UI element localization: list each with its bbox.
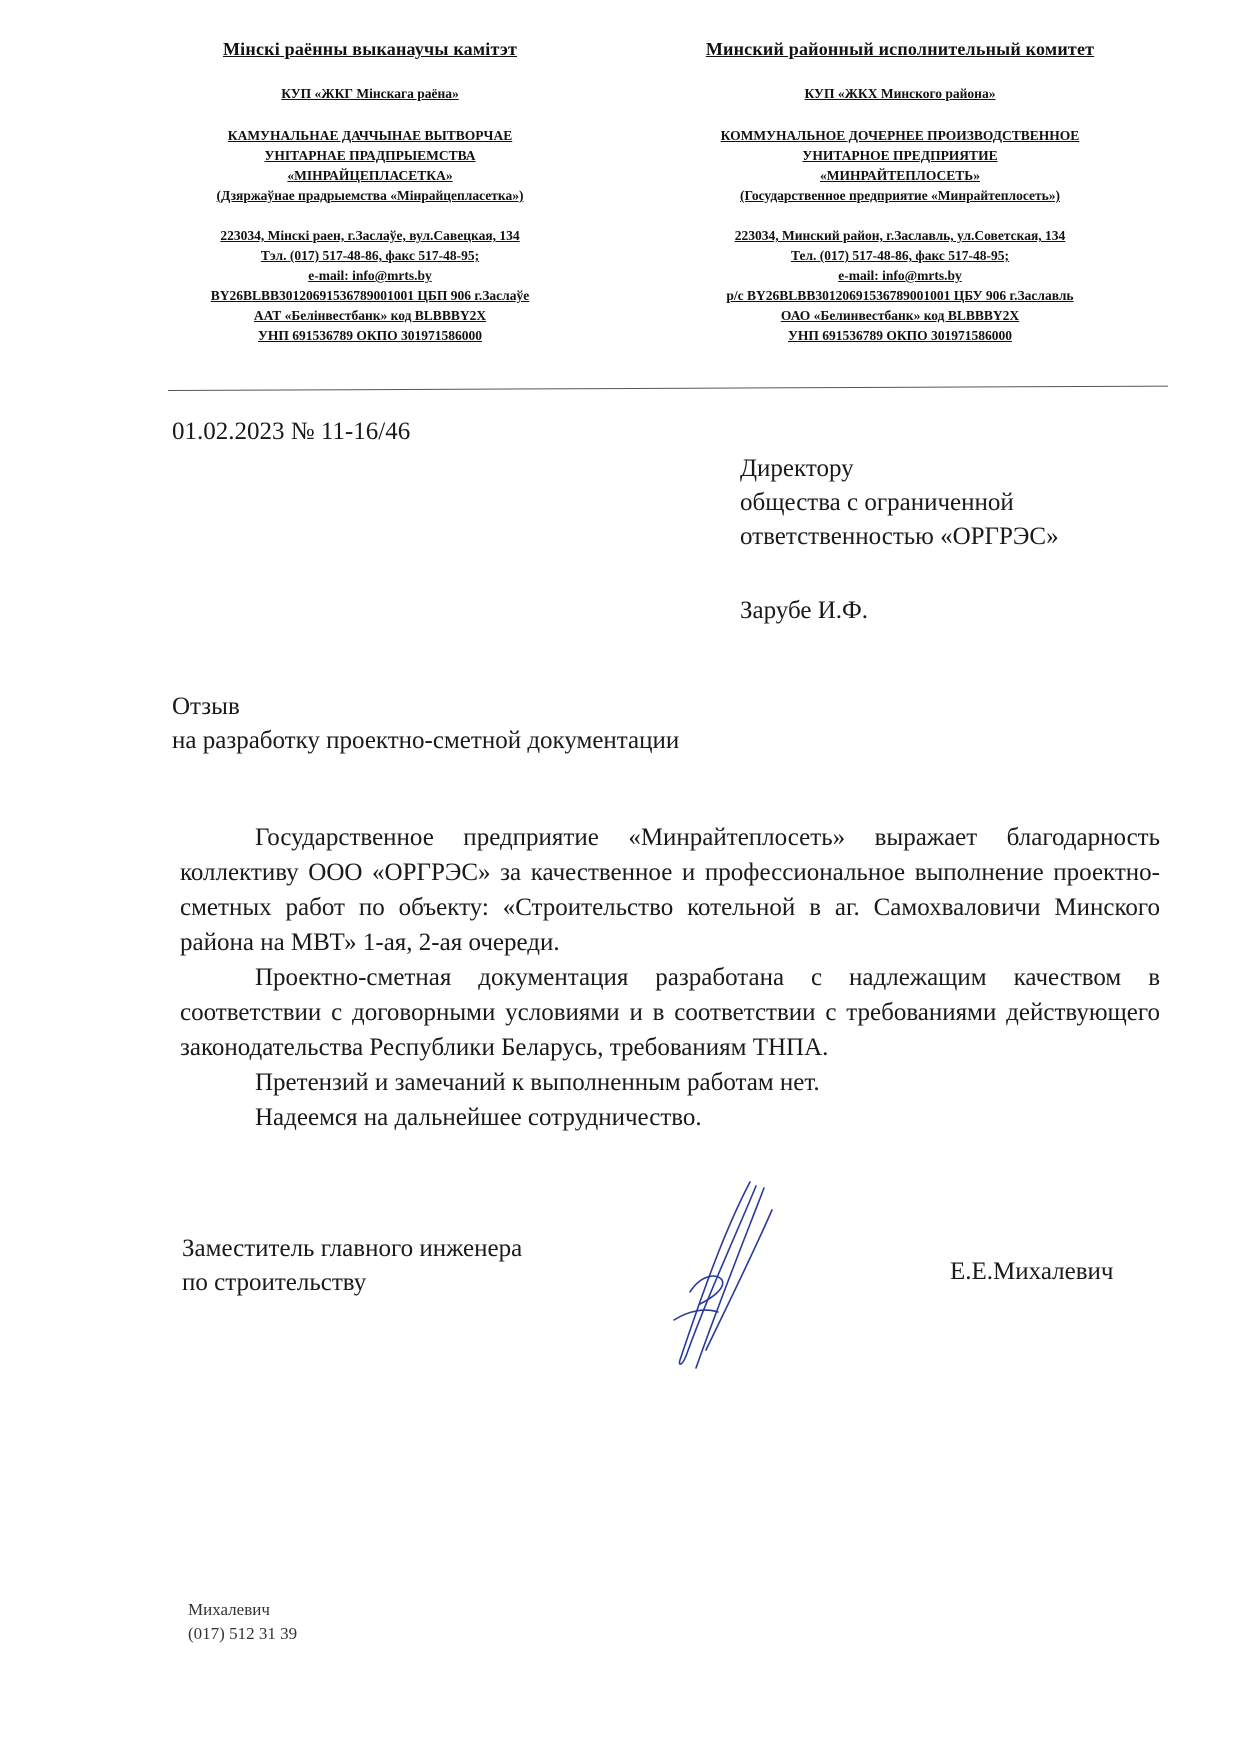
bank-name-line: ААТ «Белінвестбанк» код BLBBBY2X — [254, 306, 486, 326]
executor-name: Михалевич — [188, 1598, 297, 1622]
org-title-by: Мінскі раённы выканаучы камітэт — [223, 36, 517, 62]
bank-account-line: BY26BLBB30120691536789001001 ЦБП 906 г.З… — [211, 286, 530, 306]
enterprise-line: УНИТАРНОЕ ПРЕДПРИЯТИЕ — [802, 146, 997, 166]
body-paragraph: Проектно-сметная документация разработан… — [180, 960, 1160, 1065]
org-title-ru: Минский районный исполнительный комитет — [706, 36, 1094, 62]
handwritten-signature-icon — [660, 1180, 780, 1375]
enterprise-line: «МИНРАЙТЕПЛОСЕТЬ» — [820, 166, 980, 186]
enterprise-line: КАМУНАЛЬНАЕ ДАЧЧЫНАЕ ВЫТВОРЧАЕ — [228, 126, 512, 146]
email-line: e-mail: info@mrts.by — [308, 266, 432, 286]
address-line: 223034, Мінскі раен, г.Заслаўе, вул.Саве… — [220, 226, 519, 246]
tax-id-line: УНП 691536789 ОКПО 301971586000 — [788, 326, 1012, 346]
letter-body: Государственное предприятие «Минрайтепло… — [180, 820, 1160, 1135]
addressee-block: Директору общества с ограниченной ответс… — [740, 452, 1059, 628]
enterprise-line: УНІТАРНАЕ ПРАДПРЫЕМСТВА — [264, 146, 475, 166]
letterhead-russian: Минский районный исполнительный комитет … — [640, 36, 1160, 346]
subject-description: на разработку проектно-сметной документа… — [172, 724, 679, 758]
subject-block: Отзыв на разработку проектно-сметной док… — [172, 690, 679, 758]
letterhead-divider — [168, 386, 1168, 391]
phone-line: Тэл. (017) 517-48-86, факс 517-48-95; — [261, 246, 479, 266]
executor-phone: (017) 512 31 39 — [188, 1622, 297, 1646]
body-paragraph: Претензий и замечаний к выполненным рабо… — [180, 1065, 1160, 1100]
body-paragraph: Надеемся на дальнейшее сотрудничество. — [180, 1100, 1160, 1135]
phone-line: Тел. (017) 517-48-86, факс 517-48-95; — [791, 246, 1009, 266]
addressee-line: ответственностью «ОРГРЭС» — [740, 520, 1059, 554]
subject-title: Отзыв — [172, 690, 679, 724]
addressee-line: общества с ограниченной — [740, 486, 1059, 520]
bank-account-line: р/с BY26BLBB30120691536789001001 ЦБУ 906… — [726, 286, 1073, 306]
signatory-name: Е.Е.Михалевич — [950, 1258, 1113, 1286]
enterprise-line: (Дзяржаўнае прадрыемства «Мінрайцепласет… — [217, 186, 524, 206]
body-paragraph: Государственное предприятие «Минрайтепло… — [180, 820, 1160, 960]
email-line: e-mail: info@mrts.by — [838, 266, 962, 286]
letterhead-belarusian: Мінскі раённы выканаучы камітэт КУП «ЖКГ… — [160, 36, 580, 346]
tax-id-line: УНП 691536789 ОКПО 301971586000 — [258, 326, 482, 346]
enterprise-line: КОММУНАЛЬНОЕ ДОЧЕРНЕЕ ПРОИЗВОДСТВЕННОЕ — [721, 126, 1080, 146]
enterprise-line: «МІНРАЙЦЕПЛАСЕТКА» — [287, 166, 452, 186]
signatory-title: Заместитель главного инженера по строите… — [182, 1232, 522, 1300]
signatory-title-line: по строительству — [182, 1266, 522, 1300]
date-and-number: 01.02.2023 № 11-16/46 — [172, 418, 410, 446]
addressee-line: Директору — [740, 452, 1059, 486]
address-line: 223034, Минский район, г.Заславль, ул.Со… — [735, 226, 1066, 246]
enterprise-line: (Государственное предприятие «Минрайтепл… — [740, 186, 1060, 206]
addressee-name: Зарубе И.Ф. — [740, 594, 1059, 628]
bank-name-line: ОАО «Белинвестбанк» код BLBBBY2X — [781, 306, 1019, 326]
kup-name-by: КУП «ЖКГ Мінскага раёна» — [281, 84, 459, 104]
executor-block: Михалевич (017) 512 31 39 — [188, 1598, 297, 1646]
kup-name-ru: КУП «ЖКХ Минского района» — [805, 84, 996, 104]
signatory-title-line: Заместитель главного инженера — [182, 1232, 522, 1266]
